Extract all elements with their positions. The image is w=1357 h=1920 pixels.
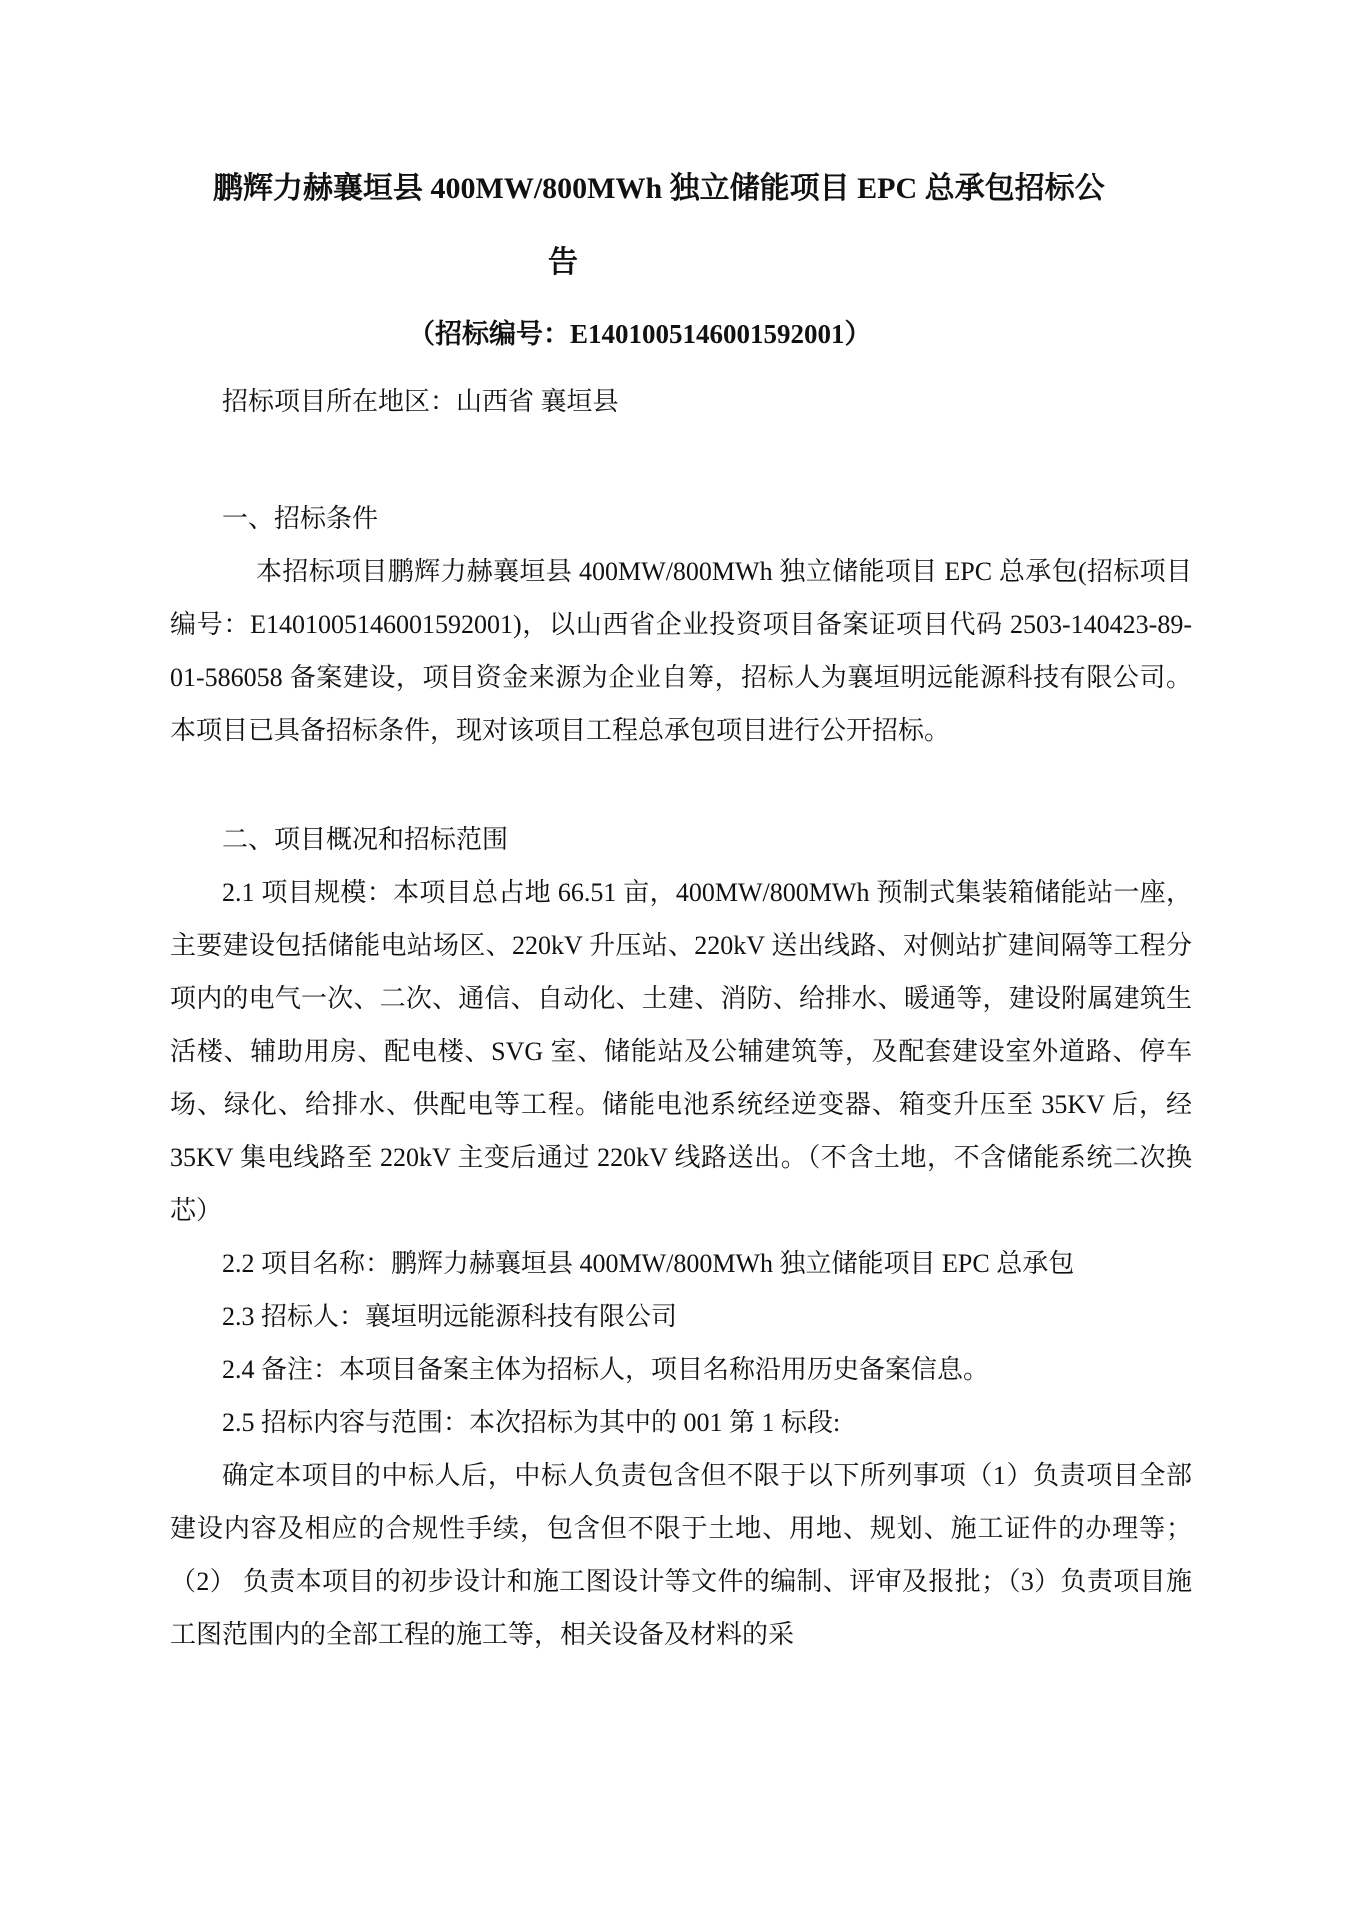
blank-line bbox=[170, 757, 1192, 813]
bid-scope-detail-paragraph: 确定本项目的中标人后，中标人负责包含但不限于以下所列事项（1）负责项目全部建设内… bbox=[170, 1449, 1192, 1661]
bid-scope-line: 2.5 招标内容与范围：本次招标为其中的 001 第 1 标段: bbox=[170, 1396, 1192, 1449]
document-title-line-1: 鹏辉力赫襄垣县 400MW/800MWh 独立储能项目 EPC 总承包招标公 bbox=[170, 152, 1192, 226]
document-title-line-2: 告 bbox=[170, 226, 1192, 300]
section-1-body-paragraph: 本招标项目鹏辉力赫襄垣县 400MW/800MWh 独立储能项目 EPC 总承包… bbox=[170, 545, 1192, 757]
note-line: 2.4 备注：本项目备案主体为招标人，项目名称沿用历史备案信息。 bbox=[170, 1343, 1192, 1396]
project-location-line: 招标项目所在地区：山西省 襄垣县 bbox=[170, 368, 1192, 436]
document-page: 鹏辉力赫襄垣县 400MW/800MWh 独立储能项目 EPC 总承包招标公 告… bbox=[0, 0, 1357, 1920]
tenderee-line: 2.3 招标人：襄垣明远能源科技有限公司 bbox=[170, 1290, 1192, 1343]
project-scale-paragraph: 2.1 项目规模：本项目总占地 66.51 亩，400MW/800MWh 预制式… bbox=[170, 866, 1192, 1237]
project-name-line: 2.2 项目名称：鹏辉力赫襄垣县 400MW/800MWh 独立储能项目 EPC… bbox=[170, 1237, 1192, 1290]
section-2-heading: 二、项目概况和招标范围 bbox=[170, 813, 1192, 866]
blank-line bbox=[170, 436, 1192, 492]
tender-number: （招标编号：E1401005146001592001） bbox=[170, 300, 1192, 368]
section-1-heading: 一、招标条件 bbox=[170, 492, 1192, 545]
